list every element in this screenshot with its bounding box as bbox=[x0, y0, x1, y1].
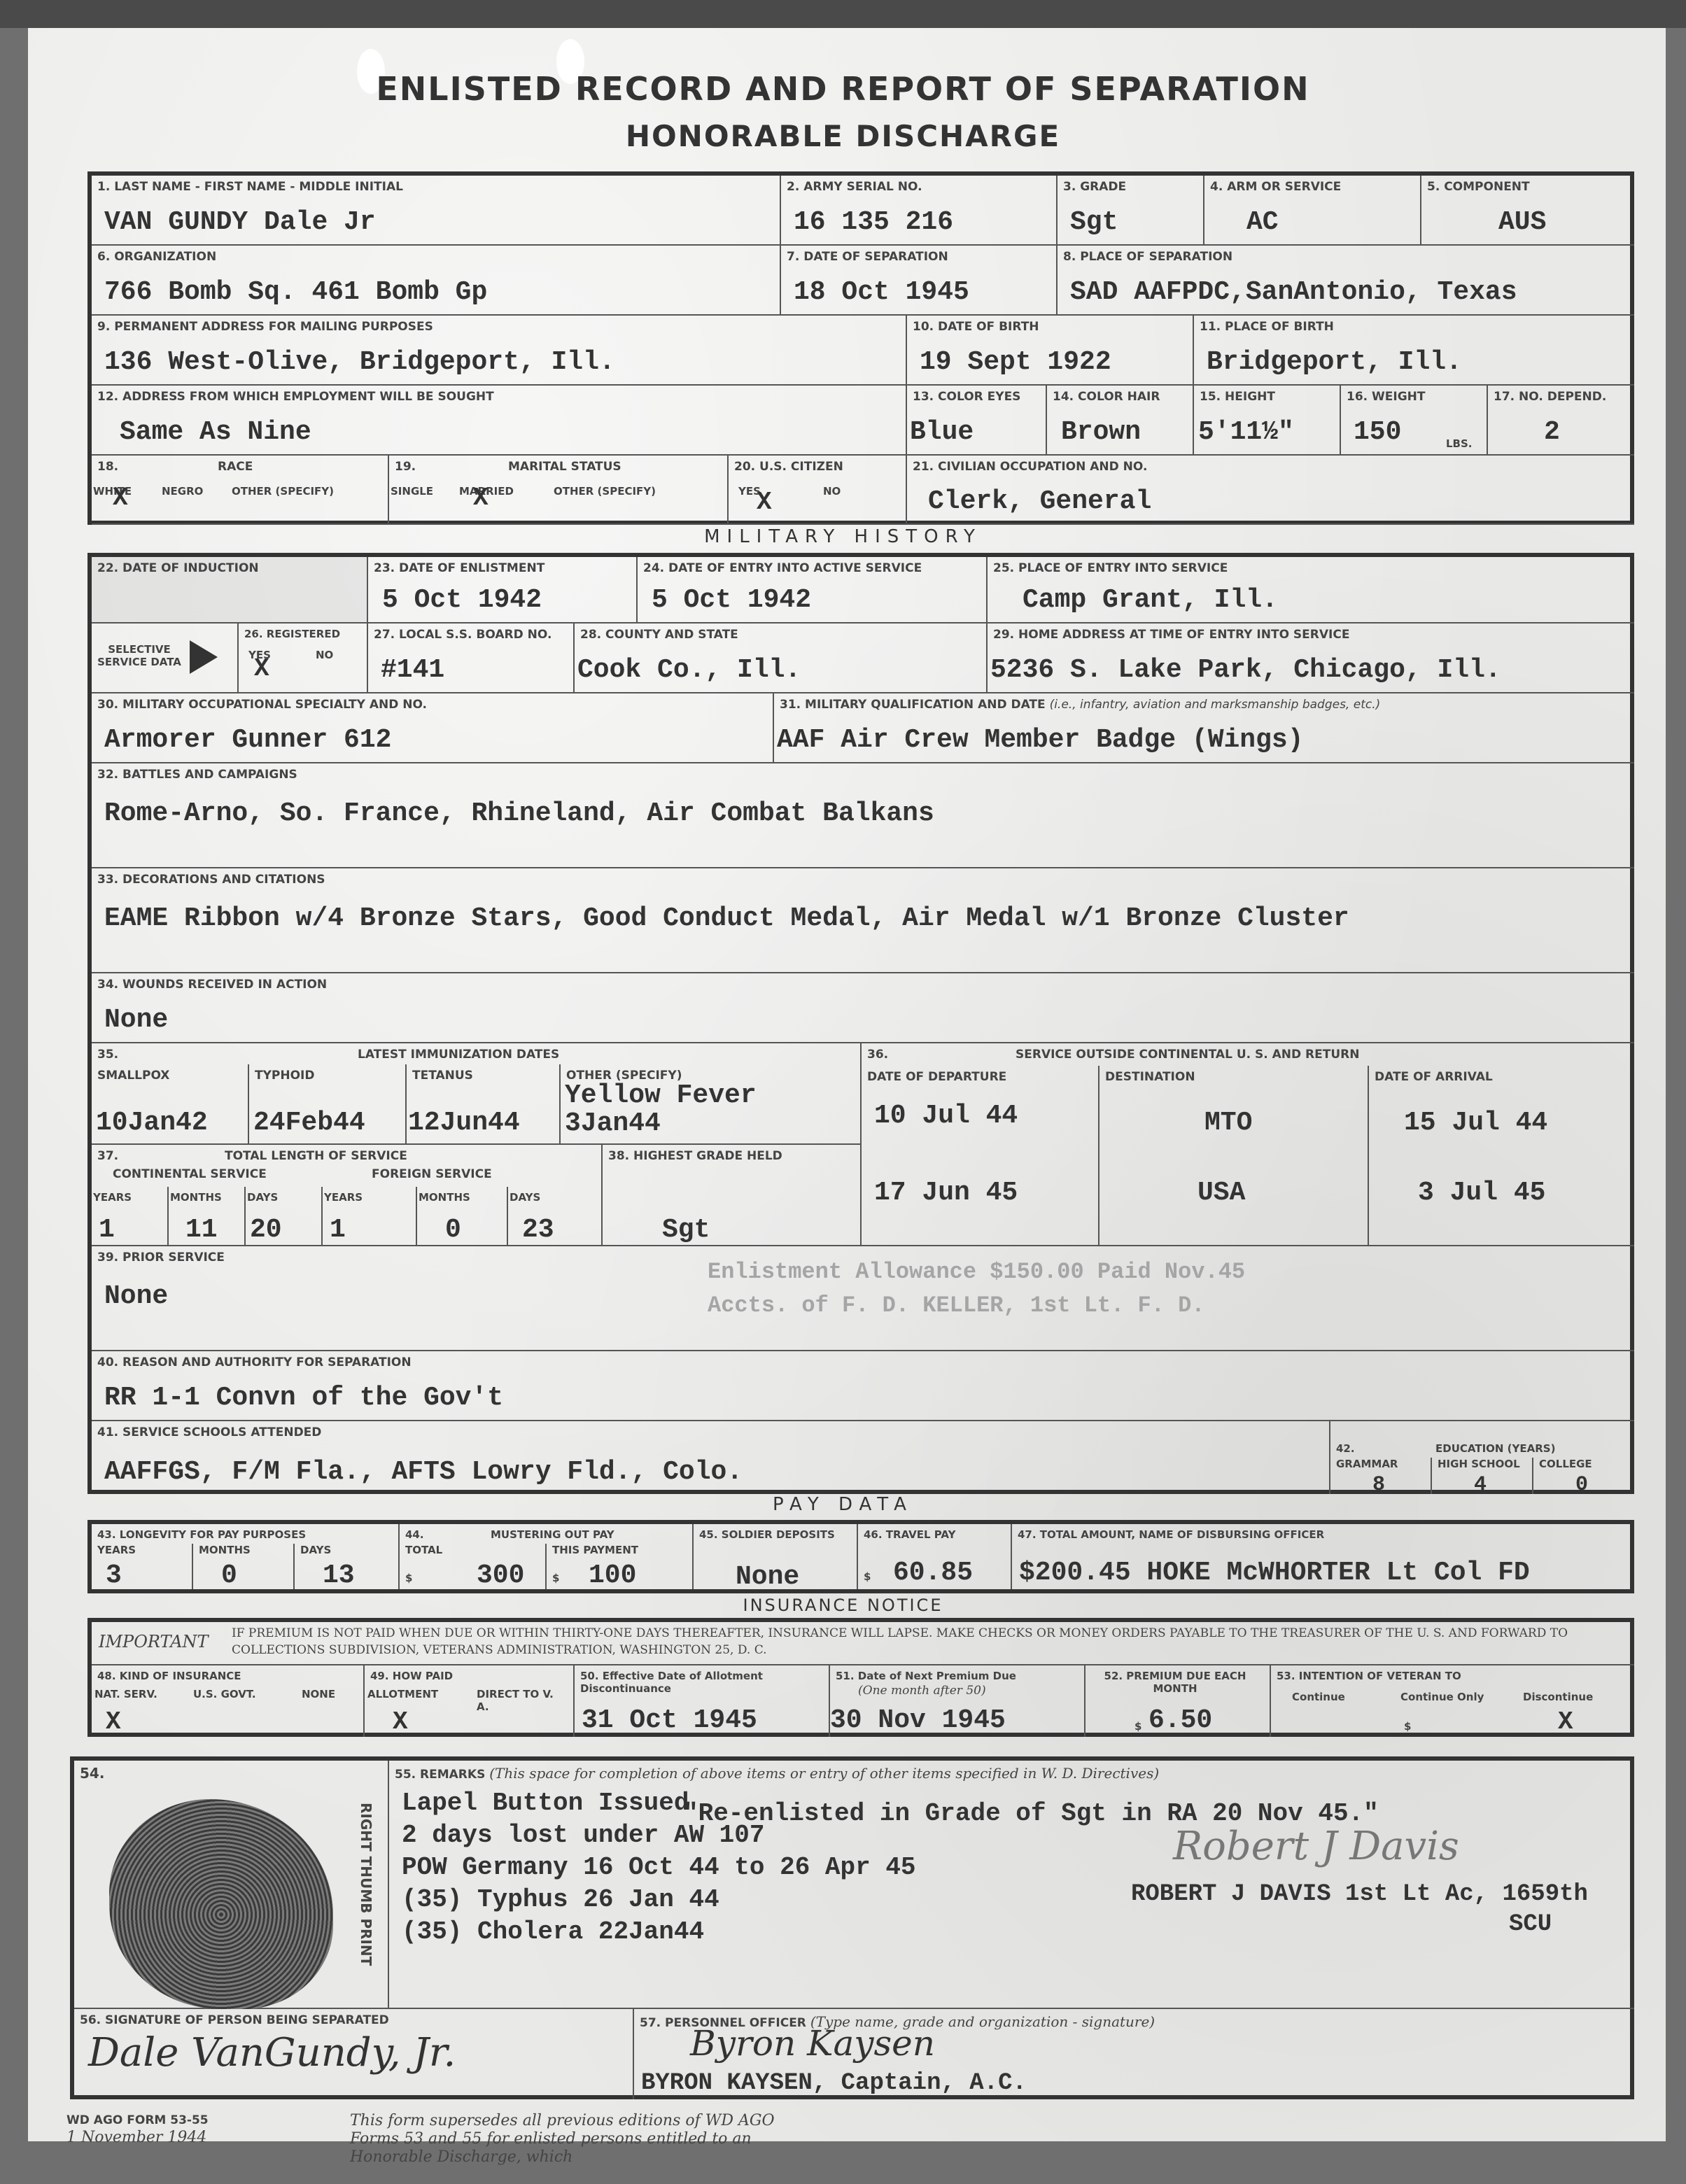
field-13-eye-color[interactable]: 13. Color Eyes Blue bbox=[907, 386, 1047, 456]
field-15-height[interactable]: 15. Height 5'11½" bbox=[1194, 386, 1341, 456]
field-31-qualification[interactable]: 31. Military Qualification and Date (i.e… bbox=[774, 693, 1634, 763]
field-26-registered: 26. Registered Yes No X bbox=[239, 624, 368, 693]
supersedes-notice: This form supersedes all previous editio… bbox=[350, 2112, 826, 2167]
form-number: WD AGO FORM 53-55 bbox=[66, 2113, 209, 2127]
field-45-soldier-deposits[interactable]: 45. Soldier Deposits None bbox=[694, 1524, 858, 1589]
pay-data-section: 43. Longevity for Pay Purposes Years3 Mo… bbox=[87, 1520, 1634, 1593]
field-10-birth-date[interactable]: 10. Date of Birth 19 Sept 1922 bbox=[907, 316, 1194, 386]
field-40-separation-reason[interactable]: 40. Reason and Authority for Separation … bbox=[92, 1351, 1634, 1421]
field-30-mos[interactable]: 30. Military Occupational Specialty and … bbox=[92, 693, 774, 763]
certifier-unit: SCU bbox=[1509, 1911, 1552, 1938]
paid-direct-checkbox[interactable]: Direct to V. A. bbox=[477, 1688, 561, 1713]
field-44-mustering-out-pay: 44. Mustering Out Pay Total$300 This Pay… bbox=[400, 1524, 694, 1589]
field-54-thumb-print: 54. RIGHT THUMB PRINT bbox=[74, 1761, 389, 2009]
insurance-notice-heading: INSURANCE NOTICE bbox=[0, 1595, 1686, 1615]
scan-top-edge bbox=[0, 0, 1686, 28]
x-mark-icon: X bbox=[393, 1707, 408, 1736]
arrival-date-1[interactable]: 15 Jul 44 bbox=[1404, 1108, 1547, 1138]
remarks-signature-section: 54. RIGHT THUMB PRINT 55. Remarks (This … bbox=[70, 1756, 1634, 2099]
field-18-race: 18. Race White Negro Other (specify) X bbox=[92, 456, 389, 525]
field-21-civilian-occupation[interactable]: 21. Civilian Occupation and No. Clerk, G… bbox=[907, 456, 1634, 525]
destination-column: Destination MTO USA bbox=[1100, 1066, 1369, 1246]
field-48-kind-of-insurance: 48. Kind of Insurance Nat. Serv. U.S. Go… bbox=[92, 1665, 365, 1737]
field-29-home-address[interactable]: 29. Home Address at Time of Entry into S… bbox=[988, 624, 1634, 693]
field-25-entry-place[interactable]: 25. Place of Entry into Service Camp Gra… bbox=[988, 557, 1634, 624]
field-1-name[interactable]: 1. Last Name - First Name - Middle Initi… bbox=[92, 176, 781, 246]
field-37-length-of-service: 37. Total Length of Service Continental … bbox=[92, 1145, 603, 1246]
field-39-prior-service[interactable]: 39. Prior Service None Enlistment Allowa… bbox=[92, 1246, 1634, 1351]
registered-no-checkbox[interactable]: No bbox=[316, 649, 333, 661]
longevity-months[interactable]: Months0 bbox=[193, 1544, 295, 1589]
field-23-enlistment-date[interactable]: 23. Date of Enlistment 5 Oct 1942 bbox=[368, 557, 638, 624]
military-history-heading: MILITARY HISTORY bbox=[0, 526, 1686, 547]
military-history-section: 22. Date of Induction 23. Date of Enlist… bbox=[87, 553, 1634, 1494]
personal-section: 1. Last Name - First Name - Middle Initi… bbox=[87, 171, 1634, 525]
mustering-total[interactable]: Total$300 bbox=[400, 1544, 547, 1589]
field-24-active-service-date[interactable]: 24. Date of Entry into Active Service 5 … bbox=[638, 557, 988, 624]
marital-single-checkbox[interactable]: Single bbox=[391, 485, 433, 498]
field-5-component[interactable]: 5. Component AUS bbox=[1421, 176, 1634, 246]
field-52-premium-due[interactable]: 52. Premium Due Each Month $ 6.50 bbox=[1086, 1665, 1271, 1737]
field-53-intention-of-veteran: 53. Intention of Veteran to Continue Con… bbox=[1271, 1665, 1634, 1737]
field-56-separatee-signature[interactable]: 56. Signature of Person Being Separated … bbox=[74, 2009, 634, 2099]
field-27-board-number[interactable]: 27. Local S.S. Board No. #141 bbox=[368, 624, 575, 693]
field-16-weight[interactable]: 16. Weight 150 LBS. bbox=[1341, 386, 1488, 456]
thumb-print-image bbox=[109, 1799, 333, 2009]
departure-date-2[interactable]: 17 Jun 45 bbox=[874, 1178, 1018, 1208]
field-47-total-amount[interactable]: 47. Total Amount, Name of Disbursing Off… bbox=[1012, 1524, 1634, 1589]
field-8-separation-place[interactable]: 8. Place of Separation SAD AAFPDC,SanAnt… bbox=[1058, 246, 1634, 316]
arrival-column: Date of Arrival 15 Jul 44 3 Jul 45 bbox=[1369, 1066, 1634, 1246]
pay-data-heading: PAY DATA bbox=[0, 1494, 1686, 1515]
paid-allotment-checkbox[interactable]: Allotment bbox=[367, 1688, 438, 1700]
field-22-induction-date[interactable]: 22. Date of Induction bbox=[92, 557, 368, 624]
field-38-highest-grade[interactable]: 38. Highest Grade Held Sgt bbox=[603, 1145, 862, 1246]
immunization-smallpox[interactable]: Smallpox 10Jan42 bbox=[92, 1064, 249, 1145]
longevity-years[interactable]: Years3 bbox=[92, 1544, 193, 1589]
form-date: 1 November 1944 bbox=[66, 2129, 206, 2146]
x-mark-icon: X bbox=[1558, 1707, 1573, 1736]
immunization-other[interactable]: Other (specify) Yellow Fever 3Jan44 bbox=[561, 1064, 862, 1145]
field-50-allotment-discontinuance[interactable]: 50. Effective Date of Allotment Disconti… bbox=[575, 1665, 830, 1737]
education-college[interactable]: College0 bbox=[1533, 1458, 1634, 1494]
continental-months[interactable]: Months11 bbox=[169, 1187, 246, 1246]
field-7-separation-date[interactable]: 7. Date of Separation 18 Oct 1945 bbox=[781, 246, 1058, 316]
field-33-decorations[interactable]: 33. Decorations and Citations EAME Ribbo… bbox=[92, 868, 1634, 973]
citizen-no-checkbox[interactable]: No bbox=[823, 485, 841, 498]
field-35-immunizations: 35. Latest Immunization Dates Smallpox 1… bbox=[92, 1043, 862, 1145]
field-20-citizen: 20. U.S. Citizen Yes No X bbox=[729, 456, 907, 525]
intention-discontinue-checkbox[interactable]: Discontinue bbox=[1523, 1691, 1593, 1703]
foreign-years[interactable]: Years1 bbox=[323, 1187, 417, 1246]
longevity-days[interactable]: Days13 bbox=[295, 1544, 400, 1589]
form-subtitle: HONORABLE DISCHARGE bbox=[0, 119, 1686, 153]
form-title: ENLISTED RECORD AND REPORT OF SEPARATION bbox=[0, 70, 1686, 108]
field-9-mailing-address[interactable]: 9. Permanent Address for Mailing Purpose… bbox=[92, 316, 907, 386]
enlistment-allowance-stamp: Enlistment Allowance $150.00 Paid Nov.45 bbox=[708, 1259, 1245, 1285]
field-36-service-outside: 36. Service Outside Continental U. S. an… bbox=[862, 1043, 1634, 1246]
insurance-nat-serv-checkbox[interactable]: Nat. Serv. bbox=[94, 1688, 157, 1700]
x-mark-icon: X bbox=[106, 1707, 121, 1736]
field-57-personnel-officer[interactable]: 57. Personnel Officer (Type name, grade … bbox=[634, 2009, 1634, 2099]
arrival-date-2[interactable]: 3 Jul 45 bbox=[1418, 1178, 1545, 1208]
race-negro-checkbox[interactable]: Negro bbox=[162, 485, 203, 498]
field-3-grade[interactable]: 3. Grade Sgt bbox=[1058, 176, 1204, 246]
field-34-wounds[interactable]: 34. Wounds Received in Action None bbox=[92, 973, 1634, 1043]
immunization-typhoid[interactable]: Typhoid 24Feb44 bbox=[249, 1064, 407, 1145]
x-mark-icon: X bbox=[473, 484, 489, 512]
field-11-birth-place[interactable]: 11. Place of Birth Bridgeport, Ill. bbox=[1194, 316, 1634, 386]
destination-2[interactable]: USA bbox=[1197, 1178, 1245, 1208]
field-43-longevity: 43. Longevity for Pay Purposes Years3 Mo… bbox=[92, 1524, 400, 1589]
field-49-how-paid: 49. How Paid Allotment Direct to V. A. X bbox=[365, 1665, 575, 1737]
arrow-right-icon bbox=[190, 640, 218, 674]
x-mark-icon: X bbox=[113, 484, 128, 512]
field-28-county-state[interactable]: 28. County and State Cook Co., Ill. bbox=[575, 624, 988, 693]
field-41-service-schools[interactable]: 41. Service Schools Attended AAFFGS, F/M… bbox=[92, 1421, 1330, 1494]
field-4-arm[interactable]: 4. Arm or Service AC bbox=[1204, 176, 1421, 246]
departure-column: Date of Departure 10 Jul 44 17 Jun 45 bbox=[862, 1066, 1100, 1246]
field-12-employment-address[interactable]: 12. Address from which Employment will b… bbox=[92, 386, 907, 456]
field-55-remarks[interactable]: 55. Remarks (This space for completion o… bbox=[389, 1761, 1634, 2009]
foreign-days[interactable]: Days23 bbox=[508, 1187, 603, 1246]
departure-date-1[interactable]: 10 Jul 44 bbox=[874, 1101, 1018, 1131]
selective-service-data: Selective Service Data bbox=[92, 624, 239, 693]
mustering-this-payment[interactable]: This Payment$100 bbox=[547, 1544, 694, 1589]
field-46-travel-pay[interactable]: 46. Travel Pay $ 60.85 bbox=[858, 1524, 1012, 1589]
marital-other-checkbox[interactable]: Other (specify) bbox=[554, 485, 656, 498]
insurance-us-govt-checkbox[interactable]: U.S. Govt. bbox=[193, 1688, 256, 1700]
race-other-checkbox[interactable]: Other (specify) bbox=[232, 485, 334, 498]
intention-continue-checkbox[interactable]: Continue bbox=[1292, 1691, 1345, 1703]
field-17-dependents[interactable]: 17. No. Depend. 2 bbox=[1488, 386, 1634, 456]
field-32-battles[interactable]: 32. Battles and Campaigns Rome-Arno, So.… bbox=[92, 763, 1634, 868]
education-high-school[interactable]: High School4 bbox=[1432, 1458, 1533, 1494]
field-6-organization[interactable]: 6. Organization 766 Bomb Sq. 461 Bomb Gp bbox=[92, 246, 781, 316]
x-mark-icon: X bbox=[254, 654, 269, 683]
foreign-months[interactable]: Months0 bbox=[417, 1187, 508, 1246]
field-14-hair-color[interactable]: 14. Color Hair Brown bbox=[1047, 386, 1194, 456]
insurance-important-notice: IMPORTANT IF PREMIUM IS NOT PAID WHEN DU… bbox=[92, 1622, 1634, 1665]
certifier-signature: Robert J Davis bbox=[1173, 1824, 1459, 1869]
field-51-next-premium-due[interactable]: 51. Date of Next Premium Due (One month … bbox=[830, 1665, 1086, 1737]
x-mark-icon: X bbox=[757, 488, 772, 516]
field-19-marital-status: 19. Marital Status Single Married Other … bbox=[389, 456, 729, 525]
continental-years[interactable]: Years1 bbox=[92, 1187, 169, 1246]
intention-continue-only-checkbox[interactable]: Continue Only bbox=[1400, 1691, 1484, 1703]
insurance-section: IMPORTANT IF PREMIUM IS NOT PAID WHEN DU… bbox=[87, 1618, 1634, 1737]
destination-1[interactable]: MTO bbox=[1204, 1108, 1252, 1138]
insurance-none-checkbox[interactable]: None bbox=[302, 1688, 335, 1700]
immunization-tetanus[interactable]: Tetanus 12Jun44 bbox=[407, 1064, 561, 1145]
certifier-name: ROBERT J DAVIS 1st Lt Ac, 1659th bbox=[1131, 1881, 1588, 1908]
disbursing-stamp: Accts. of F. D. KELLER, 1st Lt. F. D. bbox=[708, 1292, 1205, 1318]
field-2-serial[interactable]: 2. Army Serial No. 16 135 216 bbox=[781, 176, 1058, 246]
continental-days[interactable]: Days20 bbox=[246, 1187, 323, 1246]
field-42-education: 42. Education (Years) Grammar8 High Scho… bbox=[1330, 1421, 1634, 1494]
education-grammar[interactable]: Grammar8 bbox=[1330, 1458, 1432, 1494]
